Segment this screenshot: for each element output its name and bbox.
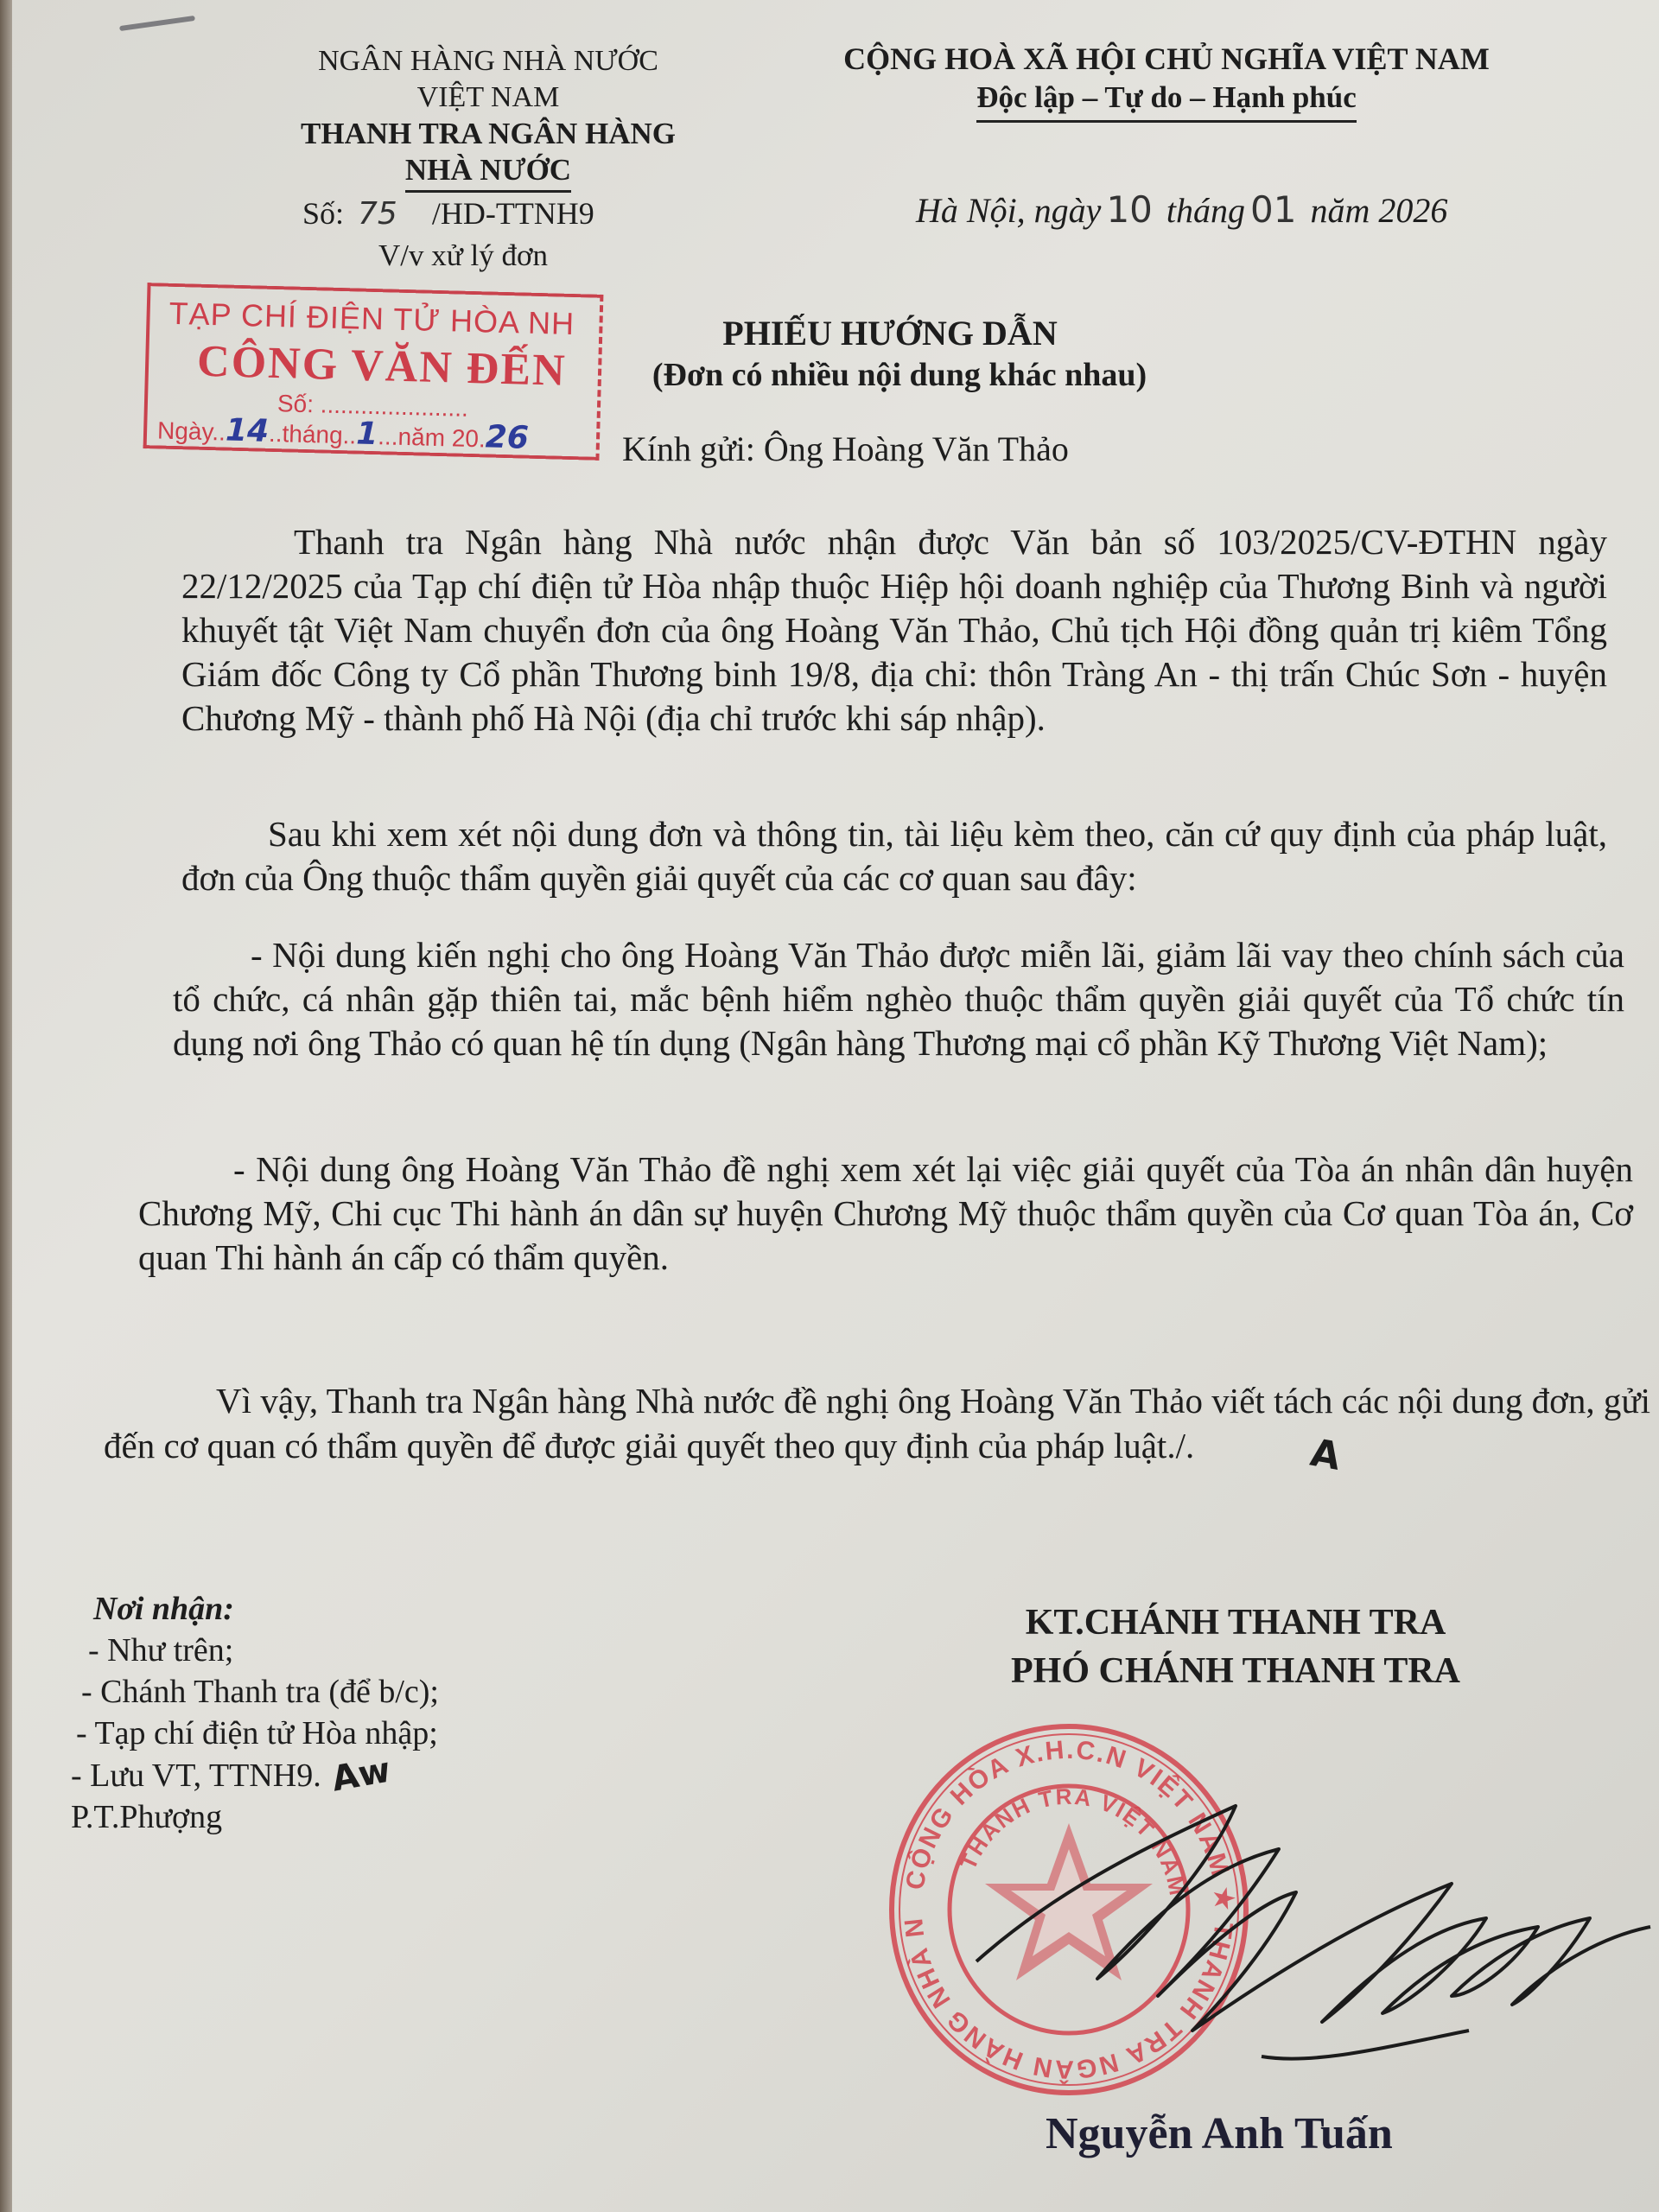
document-number: Số:75/HD-TTNH9 bbox=[302, 195, 594, 232]
pen-mark bbox=[119, 16, 195, 31]
recipient-item-text: - Lưu VT, TTNH9. bbox=[71, 1758, 321, 1794]
handwritten-signature-icon bbox=[950, 1797, 1659, 2074]
recipient-item: - Lưu VT, TTNH9.Aw bbox=[71, 1754, 439, 1796]
document-subtitle: (Đơn có nhiều nội dung khác nhau) bbox=[584, 356, 1215, 394]
paragraph-4: - Nội dung ông Hoàng Văn Thảo đề nghị xe… bbox=[138, 1147, 1633, 1280]
paragraph-3: - Nội dung kiến nghị cho ông Hoàng Văn T… bbox=[173, 933, 1624, 1065]
addressee: Kính gửi: Ông Hoàng Văn Thảo bbox=[622, 429, 1069, 469]
unit-line-2: NHÀ NƯỚC bbox=[405, 152, 571, 193]
stamp-month-value: 1 bbox=[356, 416, 378, 453]
date-day: 10 bbox=[1106, 188, 1152, 231]
page-edge bbox=[0, 0, 12, 2212]
date-prefix: Hà Nội, ngày bbox=[916, 191, 1101, 230]
date-year: năm 2026 bbox=[1310, 191, 1447, 230]
recipients-block: Nơi nhận: - Như trên; - Chánh Thanh tra … bbox=[76, 1588, 439, 1838]
document-subject: V/v xử lý đơn bbox=[378, 238, 548, 273]
stamp-day-value: 14 bbox=[225, 413, 269, 449]
agency-line-2: VIỆT NAM bbox=[259, 79, 717, 116]
signer-line-1: KT.CHÁNH THANH TRA bbox=[959, 1599, 1512, 1647]
recipient-item: - Tạp chí điện tử Hòa nhập; bbox=[76, 1713, 439, 1754]
recipient-item: - Như trên; bbox=[76, 1630, 439, 1671]
signer-title: KT.CHÁNH THANH TRA PHÓ CHÁNH THANH TRA bbox=[959, 1599, 1512, 1695]
stamp-month-label: ..tháng.. bbox=[269, 420, 357, 449]
signer-name: Nguyễn Anh Tuấn bbox=[1046, 2108, 1393, 2159]
issuing-agency-header: NGÂN HÀNG NHÀ NƯỚC VIỆT NAM THANH TRA NG… bbox=[259, 43, 717, 193]
paragraph-5-text: Vì vậy, Thanh tra Ngân hàng Nhà nước đề … bbox=[104, 1381, 1650, 1465]
agency-line-1: NGÂN HÀNG NHÀ NƯỚC bbox=[259, 43, 717, 79]
stamp-year-value: 26 bbox=[485, 419, 529, 455]
initial-mark-icon: A bbox=[1197, 1411, 1344, 1479]
national-header: CỘNG HOÀ XÃ HỘI CHỦ NGHĨA VIỆT NAM Độc l… bbox=[795, 40, 1538, 123]
date-month: 01 bbox=[1250, 188, 1296, 231]
nation-title: CỘNG HOÀ XÃ HỘI CHỦ NGHĨA VIỆT NAM bbox=[795, 40, 1538, 78]
document-title: PHIẾU HƯỚNG DẪN bbox=[605, 313, 1175, 354]
paragraph-5: Vì vậy, Thanh tra Ngân hàng Nhà nước đề … bbox=[104, 1379, 1650, 1468]
received-document-stamp: TẠP CHÍ ĐIỆN TỬ HÒA NH CÔNG VĂN ĐẾN Số: … bbox=[143, 283, 604, 461]
signer-line-2: PHÓ CHÁNH THANH TRA bbox=[959, 1647, 1512, 1695]
issue-date: Hà Nội, ngày10 tháng01 năm 2026 bbox=[916, 188, 1447, 231]
recipient-item: - Chánh Thanh tra (để b/c); bbox=[76, 1671, 439, 1713]
unit-line-1: THANH TRA NGÂN HÀNG bbox=[259, 116, 717, 152]
stamp-date: Ngày..14..tháng..1...năm 20.26 bbox=[157, 410, 530, 455]
stamp-year-label: ...năm 20. bbox=[378, 423, 486, 452]
date-month-label: tháng bbox=[1166, 191, 1245, 230]
stamp-day-label: Ngày.. bbox=[157, 416, 226, 445]
number-handwritten: 75 bbox=[358, 196, 397, 232]
drafter-name: P.T.Phượng bbox=[71, 1796, 439, 1838]
paragraph-1: Thanh tra Ngân hàng Nhà nước nhận được V… bbox=[181, 520, 1607, 741]
stamp-line-1: TẠP CHÍ ĐIỆN TỬ HÒA NH bbox=[168, 296, 575, 342]
number-label: Số: bbox=[302, 196, 344, 231]
recipients-heading: Nơi nhận: bbox=[76, 1588, 439, 1630]
initial-signature-icon: Aw bbox=[328, 1749, 393, 1800]
number-suffix: /HD-TTNH9 bbox=[432, 196, 594, 231]
stamp-line-2: CÔNG VĂN ĐẾN bbox=[196, 336, 567, 397]
national-motto: Độc lập – Tự do – Hạnh phúc bbox=[976, 79, 1357, 123]
paragraph-2: Sau khi xem xét nội dung đơn và thông ti… bbox=[181, 812, 1607, 900]
